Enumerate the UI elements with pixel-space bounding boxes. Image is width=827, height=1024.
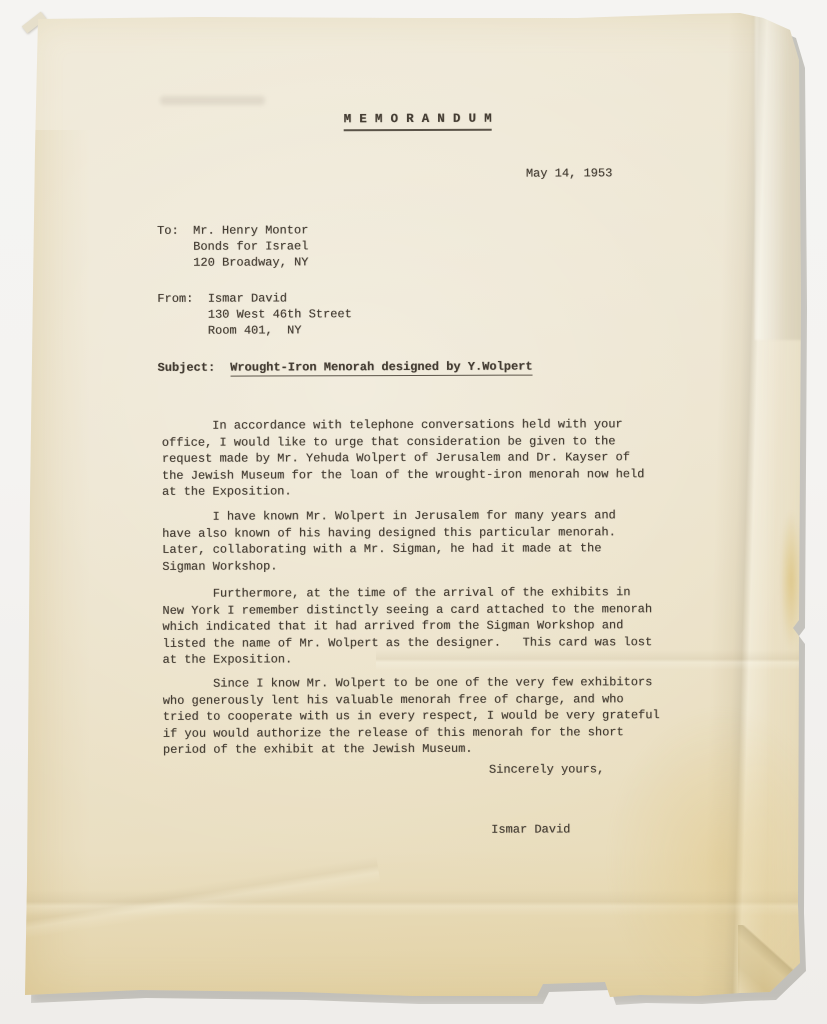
photo-background: M E M O R A N D U M May 14, 1953 To: Mr.… (0, 0, 827, 1024)
memo-date: May 14, 1953 (526, 166, 612, 180)
memo-paragraph-2: I have known Mr. Wolpert in Jerusalem fo… (162, 507, 616, 575)
memo-signature: Ismar David (491, 822, 570, 836)
memo-paragraph-3: Furthermore, at the time of the arrival … (162, 584, 652, 668)
memo-content: M E M O R A N D U M May 14, 1953 To: Mr.… (18, 9, 811, 1002)
memo-subject-text: Wrought-Iron Menorah designed by Y.Wolpe… (230, 360, 533, 377)
memo-closing: Sincerely yours, (489, 762, 604, 776)
memo-paragraph-4: Since I know Mr. Wolpert to be one of th… (163, 674, 660, 758)
memo-paragraph-1: In accordance with telephone conversatio… (162, 416, 645, 500)
memo-from-block: From: Ismar David 130 West 46th Street R… (157, 290, 352, 339)
memo-subject-label: Subject: (157, 361, 215, 377)
memo-to-block: To: Mr. Henry Montor Bonds for Israel 12… (157, 222, 308, 271)
memo-paper: M E M O R A N D U M May 14, 1953 To: Mr.… (20, 10, 810, 1000)
memo-title: M E M O R A N D U M (344, 112, 492, 132)
memo-subject-line: Subject: Wrought-Iron Menorah designed b… (157, 360, 532, 377)
